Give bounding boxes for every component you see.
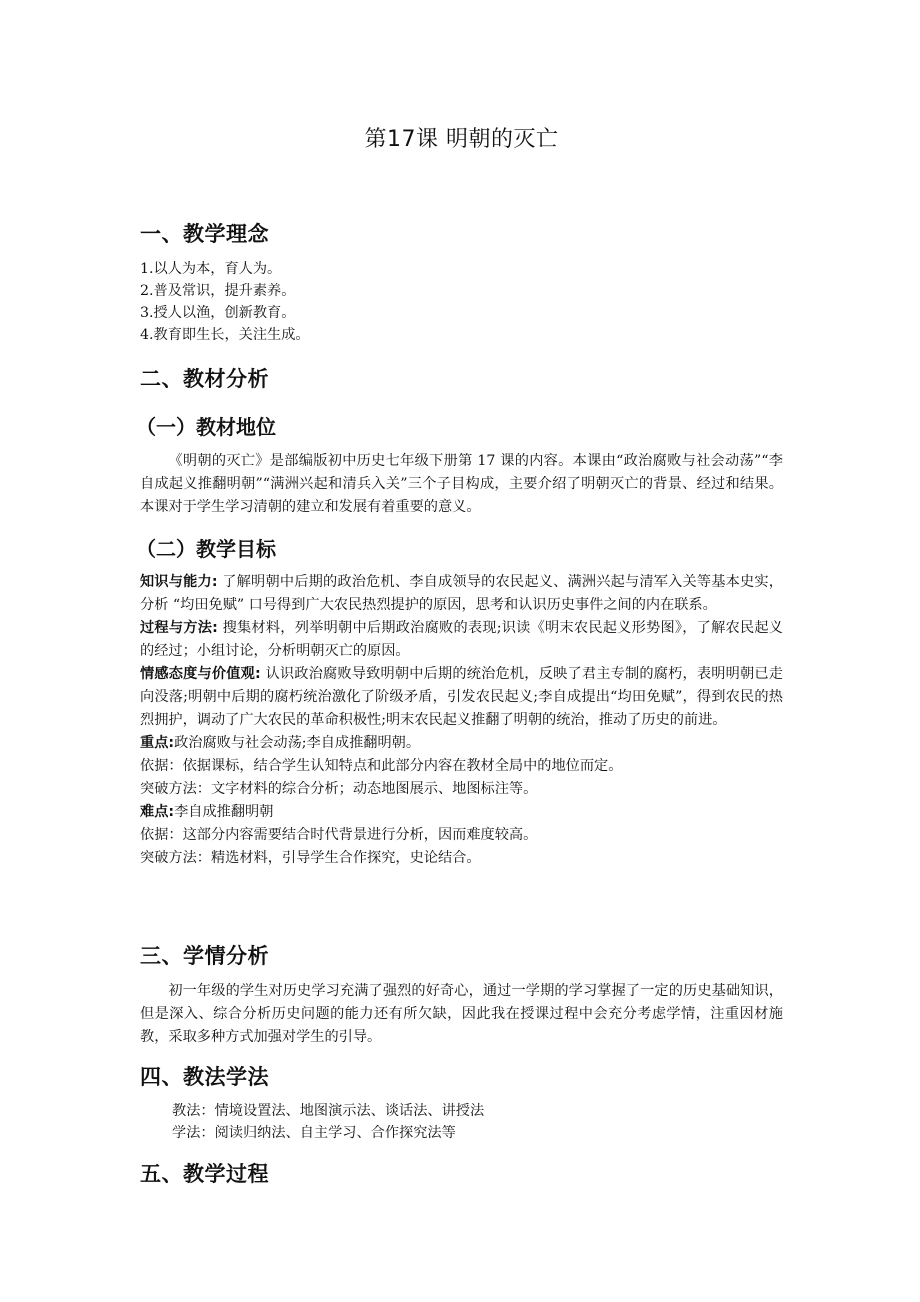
- teaching-method: 教法：情境设置法、地图演示法、谈话法、讲授法: [140, 1100, 783, 1122]
- difficult-point-label: 难点:: [140, 804, 174, 820]
- textbook-position-paragraph: 《明朝的灭亡》是部编版初中历史七年级下册第 17 课的内容。本课由“政治腐败与社…: [140, 450, 783, 519]
- key-point-method: 突破方法：文字材料的综合分析；动态地图展示、地图标注等。: [140, 778, 783, 801]
- section-heading-textbook-analysis: 二、教材分析: [140, 363, 269, 393]
- goal-label: 情感态度与价值观:: [140, 666, 261, 682]
- difficult-point: 难点:李自成推翻明朝: [140, 801, 783, 824]
- difficult-point-basis: 依据：这部分内容需要结合时代背景进行分析，因而难度较高。: [140, 824, 783, 847]
- list-item: 1.以人为本，育人为。: [140, 258, 783, 280]
- key-point-basis: 依据：依据课标，结合学生认知特点和此部分内容在教材全局中的地位而定。: [140, 755, 783, 778]
- section-heading-methods: 四、教法学法: [140, 1061, 269, 1091]
- goal-text: 了解明朝中后期的政治危机、李自成领导的农民起义、满洲兴起与清军入关等基本史实，分…: [140, 574, 783, 613]
- goal-label: 过程与方法:: [140, 620, 218, 636]
- section-heading-student-analysis: 三、学情分析: [140, 940, 269, 970]
- key-point: 重点:政治腐败与社会动荡;李自成推翻明朝。: [140, 732, 783, 755]
- teaching-goals-block: 知识与能力: 了解明朝中后期的政治危机、李自成领导的农民起义、满洲兴起与清军入关…: [140, 571, 783, 870]
- difficult-point-text: 李自成推翻明朝: [174, 804, 273, 820]
- paragraph-text: 初一年级的学生对历史学习充满了强烈的好奇心，通过一学期的学习掌握了一定的历史基础…: [140, 980, 783, 1049]
- key-point-label: 重点:: [140, 735, 174, 751]
- methods-block: 教法：情境设置法、地图演示法、谈话法、讲授法 学法：阅读归纳法、自主学习、合作探…: [140, 1100, 783, 1144]
- paragraph-text: 《明朝的灭亡》是部编版初中历史七年级下册第 17 课的内容。本课由“政治腐败与社…: [140, 450, 783, 519]
- learning-method: 学法：阅读归纳法、自主学习、合作探究法等: [140, 1122, 783, 1144]
- goal-text: 搜集材料，列举明朝中后期政治腐败的表现;识读《明末农民起义形势图》，了解农民起义…: [140, 620, 783, 659]
- goal-process-method: 过程与方法: 搜集材料，列举明朝中后期政治腐败的表现;识读《明末农民起义形势图》…: [140, 617, 783, 663]
- goal-knowledge-ability: 知识与能力: 了解明朝中后期的政治危机、李自成领导的农民起义、满洲兴起与清军入关…: [140, 571, 783, 617]
- teaching-philosophy-list: 1.以人为本，育人为。 2.普及常识，提升素养。 3.授人以渔，创新教育。 4.…: [140, 258, 783, 346]
- goal-emotion-values: 情感态度与价值观: 认识政治腐败导致明朝中后期的统治危机，反映了君主专制的腐朽，…: [140, 663, 783, 732]
- document-title: 第17课 明朝的灭亡: [140, 122, 783, 153]
- list-item: 2.普及常识，提升素养。: [140, 280, 783, 302]
- difficult-point-method: 突破方法：精选材料，引导学生合作探究，史论结合。: [140, 847, 783, 870]
- list-item: 3.授人以渔，创新教育。: [140, 302, 783, 324]
- list-item: 4.教育即生长，关注生成。: [140, 324, 783, 346]
- goal-label: 知识与能力:: [140, 574, 218, 590]
- section-heading-teaching-process: 五、教学过程: [140, 1158, 269, 1188]
- student-analysis-paragraph: 初一年级的学生对历史学习充满了强烈的好奇心，通过一学期的学习掌握了一定的历史基础…: [140, 980, 783, 1049]
- subsection-heading-teaching-goals: （二）教学目标: [136, 533, 276, 562]
- key-point-text: 政治腐败与社会动荡;李自成推翻明朝。: [174, 735, 420, 751]
- subsection-heading-textbook-position: （一）教材地位: [136, 411, 276, 440]
- section-heading-teaching-philosophy: 一、教学理念: [140, 218, 269, 248]
